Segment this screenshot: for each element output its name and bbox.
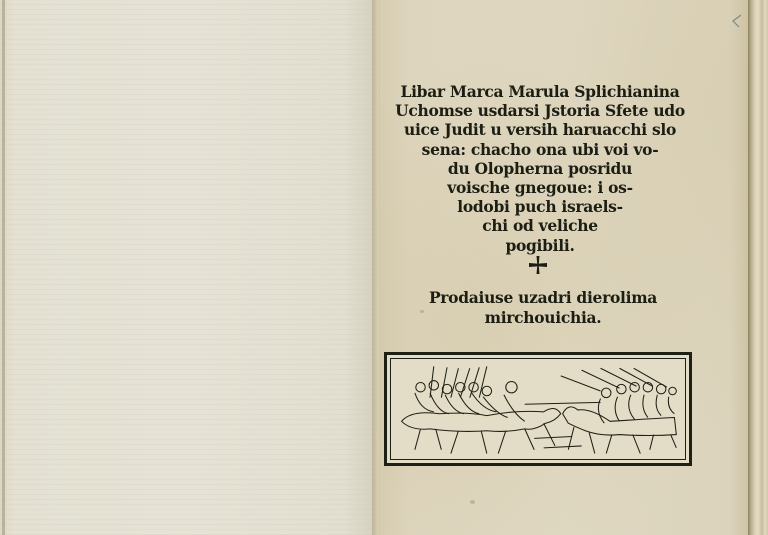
- left-page-edge: [2, 0, 5, 535]
- cavalry-battle-icon: [387, 355, 689, 463]
- title-line: Libar Marca Marula Splichianina: [390, 82, 690, 101]
- pencil-mark-icon: [731, 14, 743, 28]
- cross-ornament-icon: [528, 255, 548, 275]
- title-line: uice Judit u versih haruacchi slo: [390, 120, 690, 139]
- imprint: Prodaiuse uzadri dierolima mirchouichia.: [398, 288, 688, 328]
- title-line: Uchomse usdarsi Jstoria Sfete udo: [390, 101, 690, 120]
- right-page-edges: [748, 0, 768, 535]
- title-line: lodobi puch israels-: [390, 197, 690, 216]
- title-line: du Olopherna posridu: [390, 159, 690, 178]
- title-line: chi od veliche: [390, 216, 690, 235]
- imprint-line: mirchouichia.: [398, 308, 688, 328]
- title-line: sena: chacho ona ubi voi vo-: [390, 140, 690, 159]
- woodcut-illustration: [384, 352, 692, 466]
- imprint-line: Prodaiuse uzadri dierolima: [398, 288, 688, 308]
- title-line: voische gnegoue: i os-: [390, 178, 690, 197]
- book-title: Libar Marca Marula Splichianina Uchomse …: [390, 82, 690, 255]
- foxing-spot: [470, 500, 475, 504]
- title-line: pogibili.: [390, 236, 690, 255]
- left-page-blank: [0, 0, 374, 535]
